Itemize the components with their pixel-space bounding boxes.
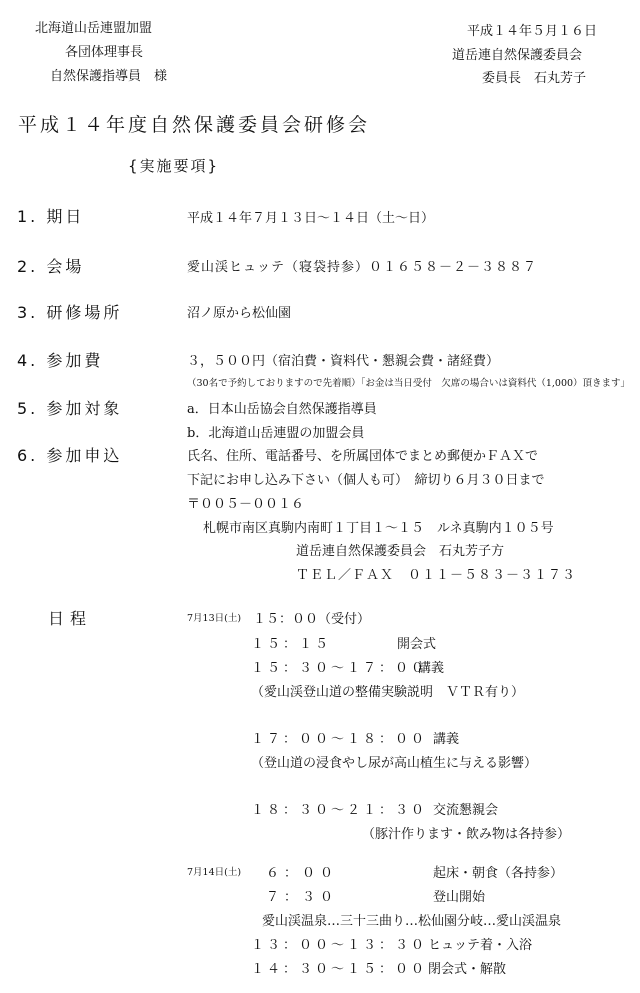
item-3-value: 沼ノ原から松仙園 (187, 302, 291, 321)
item-2-value: 愛山渓ヒュッテ（寝袋持参）０１６５８－２－３８８７ (187, 256, 537, 275)
addressee-line-1: 北海道山岳連盟加盟 (35, 17, 152, 36)
addressee-line-3: 自然保護指導員 様 (50, 65, 167, 84)
item-4-value: ３，５００円（宿泊費・資料代・懇親会費・諸経費） (187, 350, 499, 369)
day1-note-lecture-1: （愛山渓登山道の整備実験説明 ＶＴＲ有り） (251, 681, 524, 700)
day1-note-lecture-2: （登山道の浸食やし尿が高山植生に与える影響） (251, 752, 537, 771)
item-6-address: 札幌市南区真駒内南町１丁目１～１５ ルネ真駒内１０５号 (203, 517, 554, 536)
day2-time-hut-arrival: １３：００～１３：３０ (251, 934, 427, 953)
day2-desc-wakeup: 起床・朝食（各持参） (433, 862, 563, 881)
day2-route: 愛山渓温泉…三十三曲り…松仙園分岐…愛山渓温泉 (262, 910, 561, 929)
schedule-label: 日程 (48, 606, 92, 629)
day2-time-wakeup: ６：００ (266, 862, 338, 881)
day1-desc-opening: 開会式 (397, 633, 436, 652)
sender-chair: 委員長 石丸芳子 (482, 67, 586, 86)
addressee-line-2: 各団体理事長 (65, 41, 143, 60)
day2-desc-hut-arrival: ヒュッテ着・入浴 (428, 934, 532, 953)
day2-desc-climb: 登山開始 (433, 886, 485, 905)
item-6-postal-code: 〒００５－００１６ (187, 493, 304, 512)
day1-date: 7月13日(土) (187, 610, 241, 624)
item-1-label: 1. 期日 (17, 204, 84, 227)
day2-time-climb: ７：３０ (266, 886, 338, 905)
item-3-label: 3. 研修場所 (17, 300, 122, 323)
item-5-value-a: a．日本山岳協会自然保護指導員 (187, 398, 377, 417)
item-6-tel-fax: ＴＥＬ／ＦＡＸ ０１１－５８３－３１７３ (296, 564, 576, 583)
item-6-line-1: 氏名、住所、電話番号、を所属団体でまとめ郵便かＦＡＸで (187, 445, 538, 464)
day1-desc-social: 交流懇親会 (433, 799, 498, 818)
day1-time-reception: １５：００（受付） (253, 608, 370, 627)
item-6-recipient: 道岳連自然保護委員会 石丸芳子方 (296, 540, 504, 559)
day1-desc-lecture-1: 講義 (418, 657, 444, 676)
day1-note-social: （豚汁作ります・飲み物は各持参） (362, 823, 570, 842)
day2-date: 7月14日(土) (187, 864, 241, 878)
day1-desc-lecture-2: 講義 (433, 728, 459, 747)
sender-organization: 道岳連自然保護委員会 (452, 44, 582, 63)
day1-time-lecture-1: １５：３０～１７：００ (251, 657, 427, 676)
item-5-value-b: b．北海道山岳連盟の加盟会員 (187, 422, 364, 441)
item-6-label: 6. 参加申込 (17, 443, 122, 466)
item-6-line-2: 下記にお申し込み下さい（個人も可） 締切り６月３０日まで (187, 469, 545, 488)
day1-time-lecture-2: １７：００～１８：００ (251, 728, 427, 747)
item-2-label: 2. 会場 (17, 254, 84, 277)
document-title: 平成１４年度自然保護委員会研修会 (18, 110, 370, 137)
day2-desc-closing: 閉会式・解散 (428, 958, 506, 977)
day2-time-closing: １４：３０～１５：００ (251, 958, 427, 977)
item-4-note: （30名で予約しておりますので先着順）「お金は当日受付 欠席の場合いは資料代（1… (187, 375, 630, 389)
day1-time-social: １８：３０～２１：３０ (251, 799, 427, 818)
item-5-label: 5. 参加対象 (17, 396, 122, 419)
item-4-label: 4. 参加費 (17, 348, 103, 371)
document-date: 平成１４年５月１６日 (467, 20, 597, 39)
item-1-value: 平成１４年７月１３日～１４日（土～日） (187, 207, 434, 226)
document-subtitle: {実施要項} (128, 155, 219, 176)
day1-time-opening: １５：１５ (251, 633, 331, 652)
